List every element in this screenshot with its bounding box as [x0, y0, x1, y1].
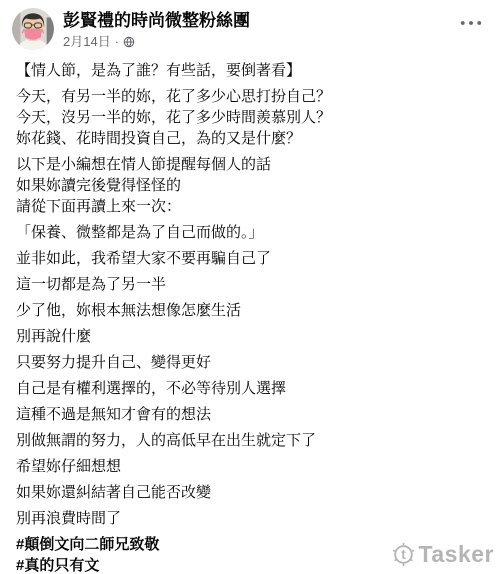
more-options-button[interactable] — [456, 16, 486, 30]
page-name-link[interactable]: 彭賢禮的時尚微整粉絲團 — [63, 10, 250, 32]
post-paragraph: 這種不過是無知才會有的想法 — [16, 404, 484, 425]
post-paragraph: 這一切都是為了另一半 — [16, 274, 484, 295]
post-paragraph: 希望妳仔細想想 — [16, 456, 484, 477]
post-line: 今天，沒另一半的妳，花了多少時間羨慕別人？ — [16, 109, 331, 126]
post-line: 以下是小編想在情人節提醒每個人的話 — [16, 156, 271, 173]
post-line: 這種不過是無知才會有的想法 — [16, 406, 211, 423]
facebook-post: 彭賢禮的時尚微整粉絲團 2月14日 · — [0, 0, 500, 574]
post-paragraph: 只要努力提升自己、變得更好 — [16, 352, 484, 373]
post-paragraph: 如果妳還糾結著自己能否改變 — [16, 482, 484, 503]
hashtag-link[interactable]: #真的只有文 — [16, 557, 99, 574]
post-header: 彭賢禮的時尚微整粉絲團 2月14日 · — [0, 0, 500, 50]
post-line: 別再浪費時間了 — [16, 510, 121, 527]
post-line: 今天，有另一半的妳，花了多少心思打扮自己？ — [16, 88, 331, 105]
post-line: 自己是有權利選擇的，不必等待別人選擇 — [16, 380, 286, 397]
post-paragraph: 以下是小編想在情人節提醒每個人的話如果妳讀完後覺得怪怪的請從下面再讀上來一次： — [16, 154, 484, 217]
post-line: 只要努力提升自己、變得更好 — [16, 354, 211, 371]
hashtag-paragraph: #顛倒文向二師兄致敬#真的只有文 — [16, 534, 484, 574]
post-meta[interactable]: 2月14日 · — [63, 33, 456, 50]
post-line: 「保養、微整都是為了自己而做的。」 — [16, 224, 264, 241]
post-line: 這一切都是為了另一半 — [16, 276, 166, 293]
hashtag-link[interactable]: #顛倒文向二師兄致敬 — [16, 536, 159, 553]
post-line: 請從下面再讀上來一次： — [16, 198, 181, 215]
post-text: 【情人節，是為了誰？有些話，要倒著看】今天，有另一半的妳，花了多少心思打扮自己？… — [0, 60, 500, 574]
avatar-photo-icon — [12, 37, 54, 50]
post-line: 少了他，妳根本無法想像怎麼生活 — [16, 302, 241, 319]
page-avatar[interactable] — [12, 8, 54, 50]
post-paragraph: 並非如此，我希望大家不要再騙自己了 — [16, 248, 484, 269]
post-line: 別做無謂的努力，人的高低早在出生就定下了 — [16, 432, 316, 449]
post-line: 希望妳仔細想想 — [16, 458, 121, 475]
post-line: 並非如此，我希望大家不要再騙自己了 — [16, 250, 271, 267]
post-paragraph: 別再浪費時間了 — [16, 508, 484, 529]
header-info: 彭賢禮的時尚微整粉絲團 2月14日 · — [63, 8, 456, 50]
post-line: 別再說什麼 — [16, 328, 91, 345]
post-line: 如果妳還糾結著自己能否改變 — [16, 484, 211, 501]
post-line: 【情人節，是為了誰？有些話，要倒著看】 — [16, 62, 301, 79]
globe-icon — [123, 36, 135, 48]
post-paragraph: 少了他，妳根本無法想像怎麼生活 — [16, 300, 484, 321]
meta-separator: · — [115, 33, 119, 50]
post-timestamp[interactable]: 2月14日 — [63, 33, 111, 50]
post-paragraph: 「保養、微整都是為了自己而做的。」 — [16, 222, 484, 243]
post-line: 如果妳讀完後覺得怪怪的 — [16, 177, 181, 194]
post-paragraph: 別再說什麼 — [16, 326, 484, 347]
post-line: 妳花錢、花時間投資自己，為的又是什麼？ — [16, 130, 301, 147]
post-paragraph: 別做無謂的努力，人的高低早在出生就定下了 — [16, 430, 484, 451]
post-paragraph: 自己是有權利選擇的，不必等待別人選擇 — [16, 378, 484, 399]
post-paragraph: 【情人節，是為了誰？有些話，要倒著看】 — [16, 60, 484, 81]
ellipsis-icon — [460, 14, 482, 29]
post-paragraph: 今天，有另一半的妳，花了多少心思打扮自己？今天，沒另一半的妳，花了多少時間羨慕別… — [16, 86, 484, 149]
